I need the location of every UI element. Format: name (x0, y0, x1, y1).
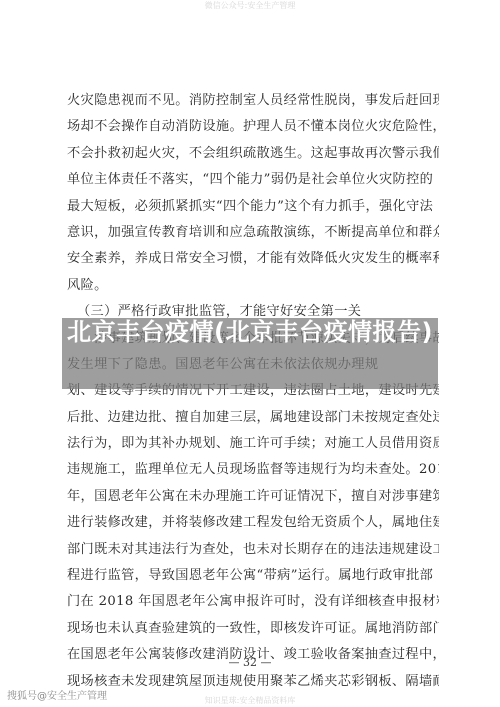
page-number: — 32 — (0, 656, 500, 669)
text-line: 火灾隐患视而不见。消防控制室人员经常性脱岗，事发后赶回现 (67, 88, 439, 114)
text-line: 年，国恩老年公寓在未办理施工许可证情况下，擅自对涉事建筑 (67, 484, 439, 510)
text-line: 单位主体责任不落实，“四个能力”弱仍是社会单位火灾防控的 (67, 167, 439, 193)
watermark-top: 微信公众号:安全生产管理 (0, 0, 500, 12)
overlay-title: 北京丰台疫情(北京丰台疫情报告) (62, 318, 438, 346)
document-page: 火灾隐患视而不见。消防控制室人员经常性脱岗，事发后赶回现 场却不会操作自动消防设… (67, 88, 439, 695)
text-line: 后批、边建边批、擅自加建三层，属地建设部门未按规定查处违 (67, 405, 439, 431)
text-line: 场却不会操作自动消防设施。护理人员不懂本岗位火灾危险性， (67, 114, 439, 140)
text-line: 意识，加强宣传教育培训和应急疏散演练，不断提高单位和群众 (67, 220, 439, 246)
text-line: 现场核查未发现建筑屋顶违规使用聚苯乙烯夹芯彩钢板、隔墙耐 (67, 669, 439, 695)
watermark-bottom-center: 知识星球:安全精品资料库 (0, 695, 500, 706)
text-line: 部门既未对其违法行为查处，也未对长期存在的违法违规建设工 (67, 537, 439, 563)
text-line: 法行为，即为其补办规划、施工许可手续；对施工人员借用资质 (67, 431, 439, 457)
text-line: 违规施工，监理单位无人员现场监督等违规行为均未查处。2018 (67, 457, 439, 483)
text-line: 进行装修改建，并将装修改建工程发包给无资质个人，属地住建 (67, 510, 439, 536)
text-line: 不会扑救初起火灾，不会组织疏散逃生。这起事故再次警示我们， (67, 141, 439, 167)
text-line: 现场也未认真查验建筑的一致性，即核发许可证。属地消防部门 (67, 616, 439, 642)
text-line: 程进行监管，导致国恩老年公寓“带病”运行。属地行政审批部 (67, 563, 439, 589)
text-line: 风险。 (67, 273, 439, 299)
text-line: 最大短板，必须抓紧抓实“四个能力”这个有力抓手，强化守法 (67, 194, 439, 220)
text-line: 门在 2018 年国恩老年公寓申报许可时，没有详细核查申报材料， (67, 589, 439, 615)
text-line: 安全素养，养成日常安全习惯，才能有效降低火灾发生的概率和 (67, 246, 439, 272)
